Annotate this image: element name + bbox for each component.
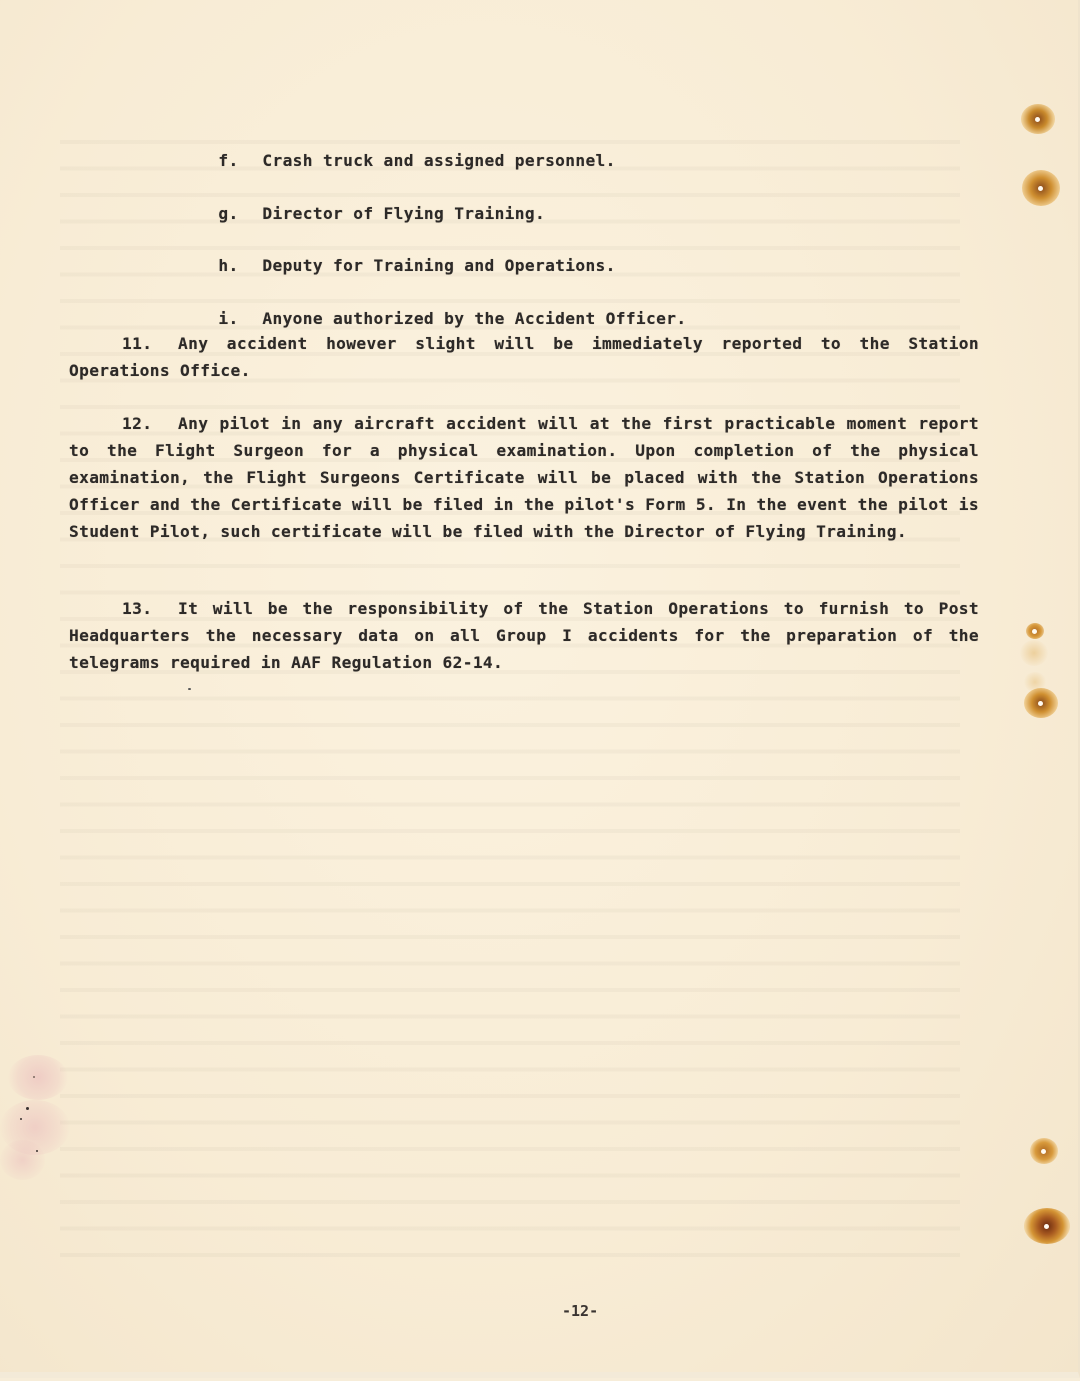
document-page: f.Crash truck and assigned personnel. g.… xyxy=(0,0,1080,1378)
list-item-text: Crash truck and assigned personnel. xyxy=(262,151,615,170)
punch-hole-icon xyxy=(1024,1208,1070,1244)
paragraph-number: 12. xyxy=(69,410,178,437)
list-item-letter: g. xyxy=(218,200,262,227)
paragraph-number: 13. xyxy=(69,595,178,622)
list-item-text: Deputy for Training and Operations. xyxy=(262,256,615,275)
punch-hole-icon xyxy=(1024,688,1058,718)
list-item-letter: i. xyxy=(218,305,262,332)
pink-stain xyxy=(0,1140,45,1180)
paragraph-text: It will be the responsibility of the Sta… xyxy=(69,599,979,672)
faint-stain xyxy=(1020,640,1048,666)
list-item-letter: f. xyxy=(218,147,262,174)
punch-hole-icon xyxy=(1021,104,1055,134)
speck xyxy=(20,1118,22,1120)
paragraph-12: 12.Any pilot in any aircraft accident wi… xyxy=(69,410,979,545)
rust-stain-icon xyxy=(1030,1138,1058,1164)
paragraph-13: 13.It will be the responsibility of the … xyxy=(69,595,979,676)
speck xyxy=(26,1107,29,1110)
speck xyxy=(188,688,191,690)
speck xyxy=(33,1076,35,1078)
paragraph-11: 11.Any accident however slight will be i… xyxy=(69,330,979,384)
list-item-text: Anyone authorized by the Accident Office… xyxy=(262,309,686,328)
paragraph-text: Any accident however slight will be imme… xyxy=(69,334,979,380)
punch-hole-icon xyxy=(1022,170,1060,206)
list-item-letter: h. xyxy=(218,252,262,279)
speck xyxy=(36,1150,38,1152)
pink-stain xyxy=(8,1055,68,1100)
paragraph-text: Any pilot in any aircraft accident will … xyxy=(69,414,979,541)
page-number: -12- xyxy=(562,1302,598,1320)
paragraph-number: 11. xyxy=(69,330,178,357)
list-item-text: Director of Flying Training. xyxy=(262,204,545,223)
rust-stain-icon xyxy=(1026,623,1044,639)
